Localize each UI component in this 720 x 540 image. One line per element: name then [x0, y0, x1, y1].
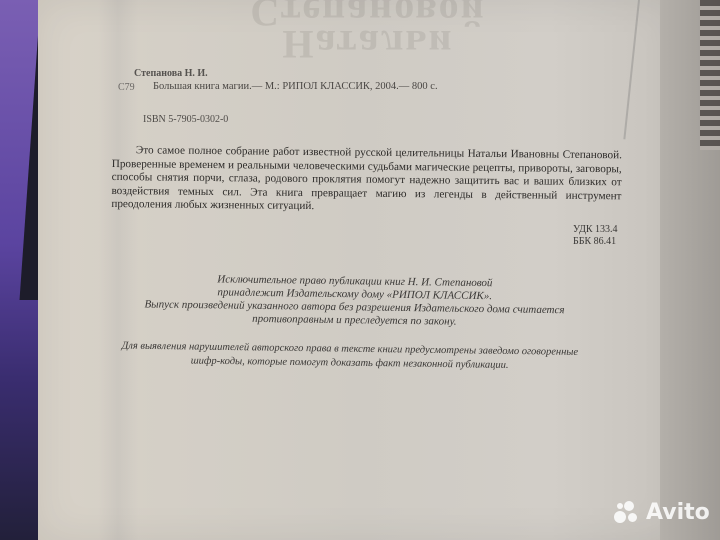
bleed-through-title: Натальи Степановой: [238, 0, 498, 60]
page-shadow: [98, 0, 138, 540]
ornament-border: [700, 0, 720, 150]
bbk-code: ББК 86.41: [573, 236, 616, 247]
avito-dots-icon: [614, 501, 642, 525]
bibliographic-entry: Большая книга магии.— М.: РИПОЛ КЛАССИК,…: [153, 81, 438, 92]
udk-code: УДК 133.4: [573, 224, 618, 235]
page-fold: [623, 0, 640, 139]
abstract-paragraph: Это самое полное собрание работ известно…: [111, 144, 622, 217]
isbn: ISBN 5-7905-0302-0: [143, 114, 228, 125]
author-name: Степанова Н. И.: [134, 68, 208, 79]
avito-watermark: Avito: [614, 500, 710, 525]
rights-notice: Исключительное право публикации книг Н. …: [119, 272, 590, 331]
author-code: С79: [118, 82, 135, 93]
avito-label: Avito: [646, 500, 710, 525]
